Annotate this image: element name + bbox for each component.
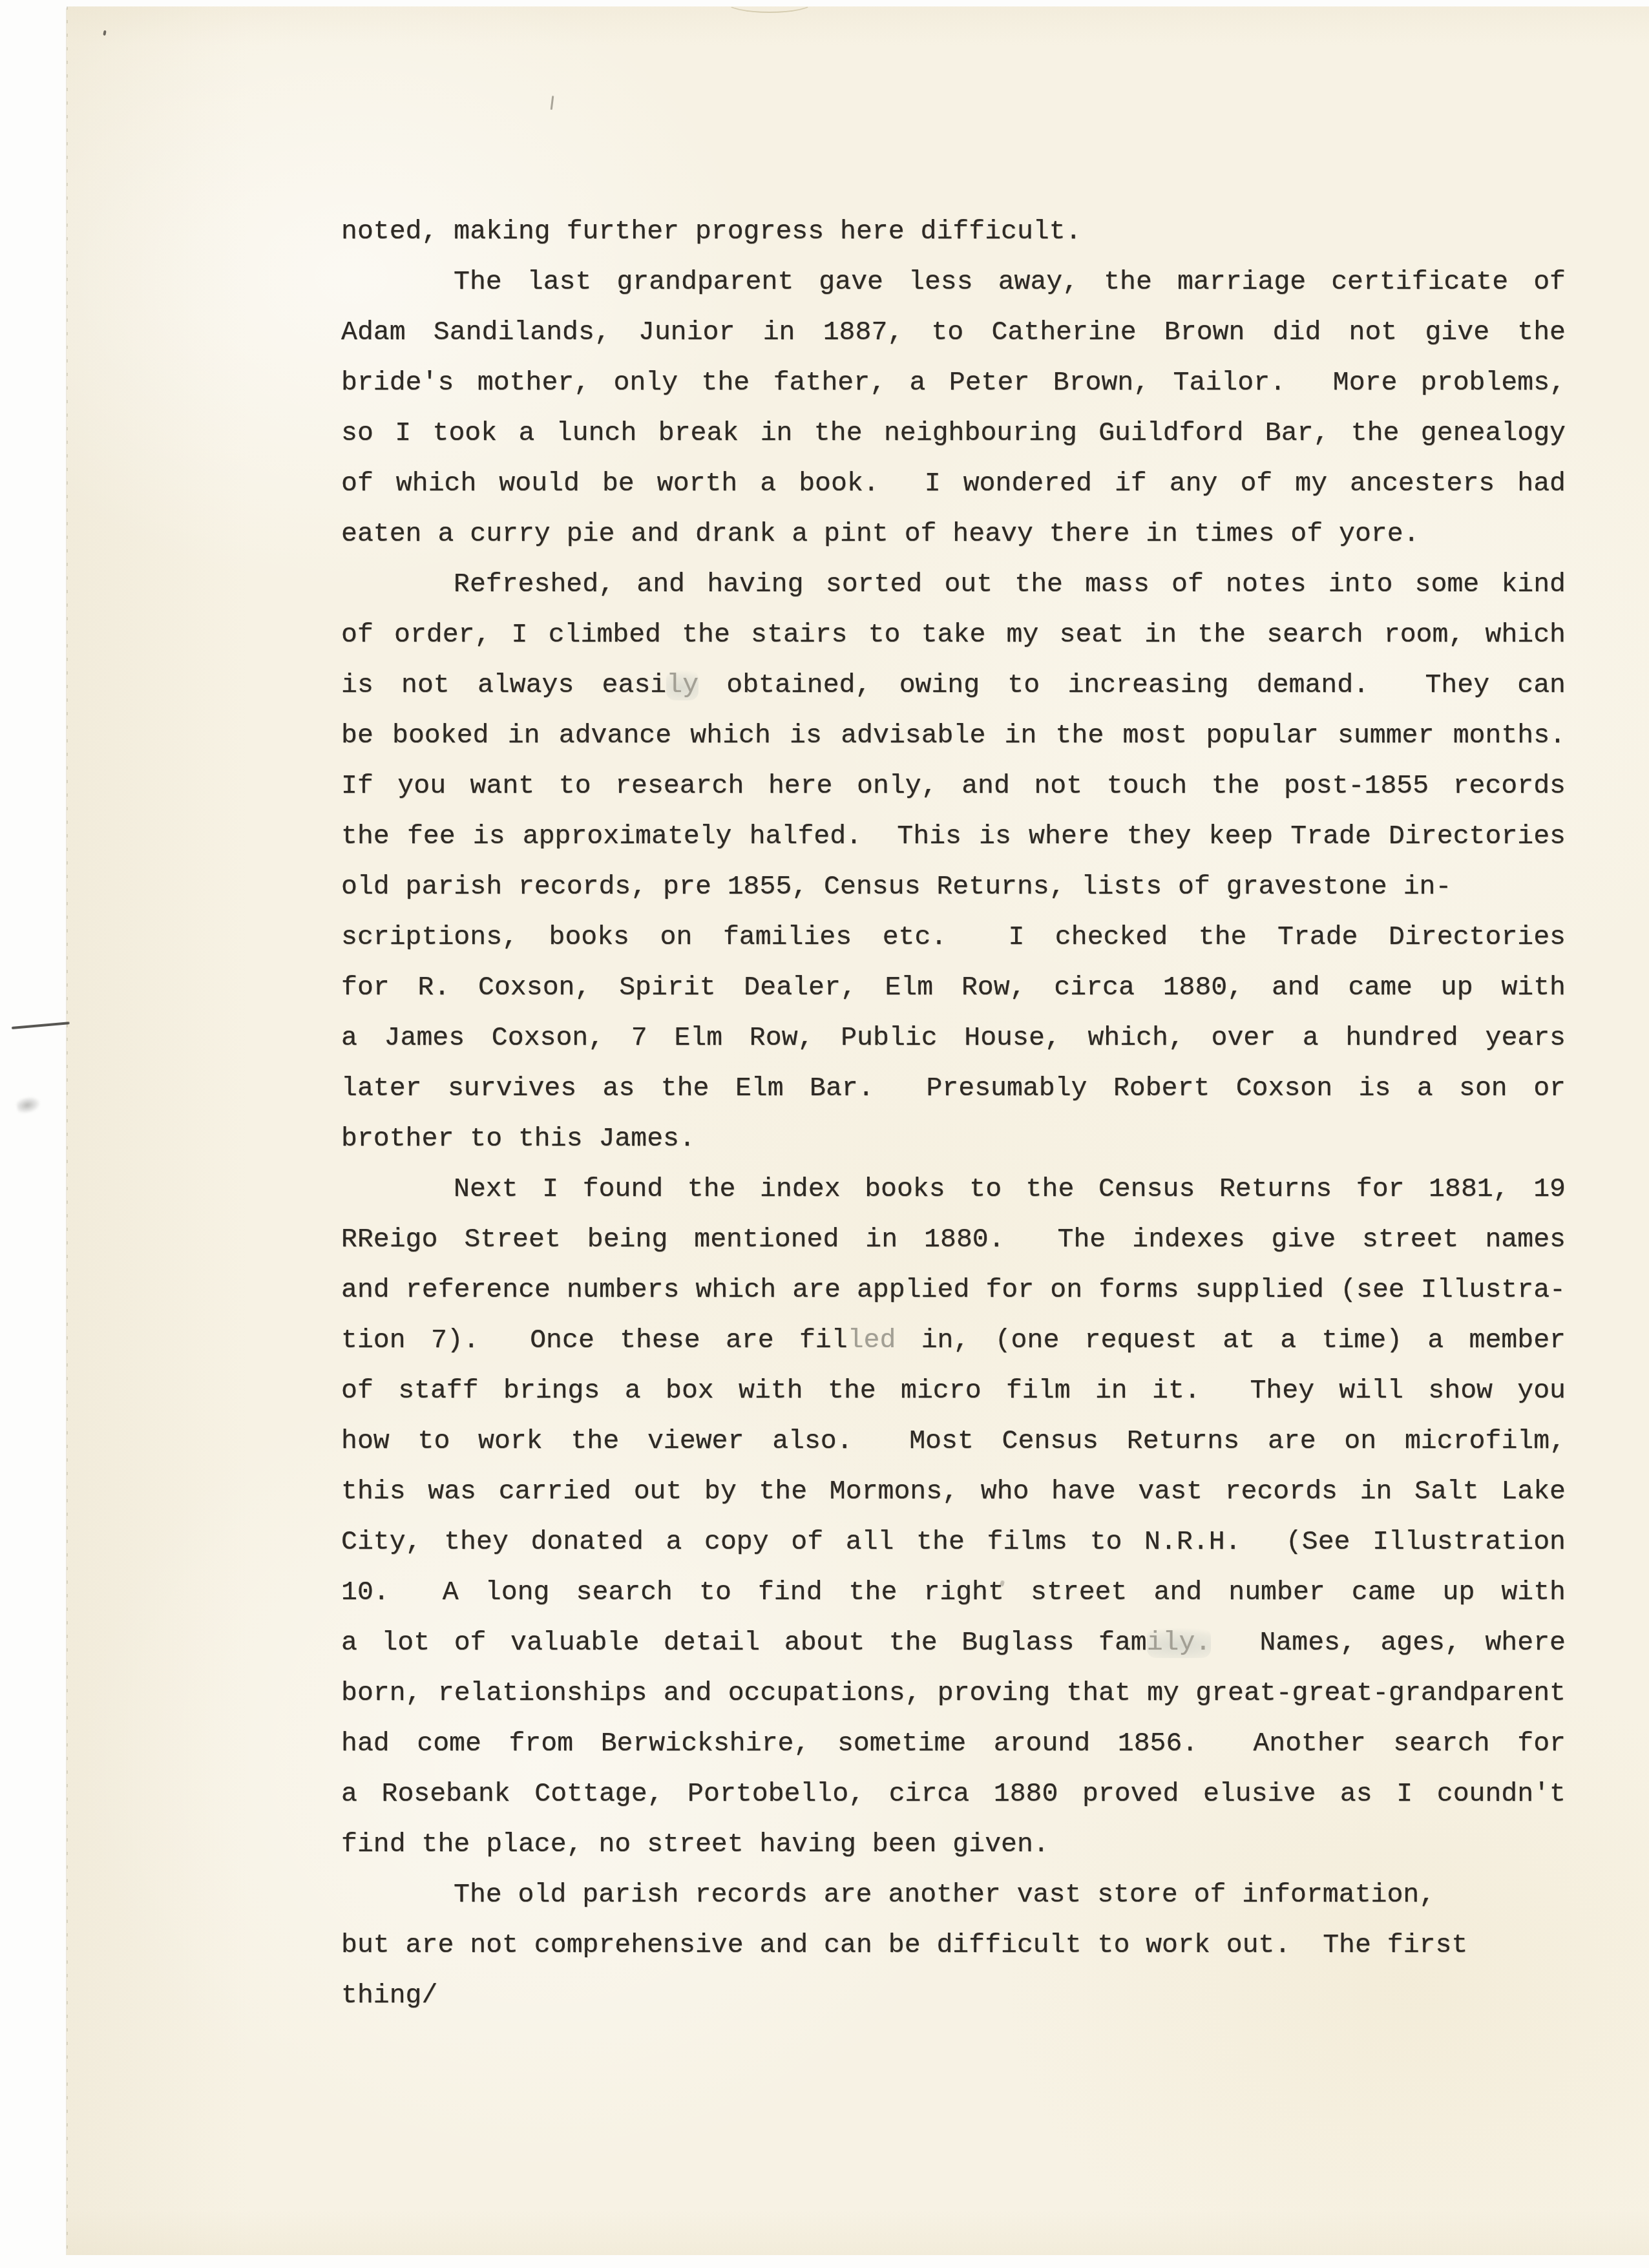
text-line-10: is not always easily obtained, owing to … bbox=[341, 660, 1566, 711]
text-line-21: RReigo Street being mentioned in 1880. T… bbox=[341, 1215, 1566, 1265]
typed-text: find the place, no street having been gi… bbox=[341, 1829, 1049, 1860]
typed-text: of which would be worth a book. I wonder… bbox=[341, 468, 1566, 499]
typed-text: in, (one request at a time) a member bbox=[896, 1325, 1566, 1356]
typed-text: tion 7). Once these are fil bbox=[341, 1325, 848, 1356]
typed-text: obtained, owing to increasing demand. Th… bbox=[698, 670, 1566, 700]
text-line-5: so I took a lunch break in the neighbour… bbox=[341, 408, 1566, 459]
typed-text: for R. Coxson, Spirit Dealer, Elm Row, c… bbox=[341, 972, 1566, 1003]
scan-page: noted, making further progress here diff… bbox=[0, 0, 1649, 2268]
text-line-31: had come from Berwickshire, sometime aro… bbox=[341, 1719, 1566, 1769]
text-line-8: Refreshed, and having sorted out the mas… bbox=[341, 560, 1566, 610]
text-line-26: this was carried out by the Mormons, who… bbox=[341, 1467, 1566, 1517]
text-line-9: of order, I climbed the stairs to take m… bbox=[341, 610, 1566, 660]
text-line-14: old parish records, pre 1855, Census Ret… bbox=[341, 862, 1566, 912]
typed-text: The last grandparent gave less away, the… bbox=[454, 267, 1566, 297]
text-line-15: scriptions, books on families etc. I che… bbox=[341, 912, 1566, 963]
typed-text: so I took a lunch break in the neighbour… bbox=[341, 418, 1566, 448]
typed-text: If you want to research here only, and n… bbox=[341, 771, 1566, 801]
text-line-11: be booked in advance which is advisable … bbox=[341, 711, 1566, 761]
typed-text: how to work the viewer also. Most Census… bbox=[341, 1426, 1566, 1456]
text-line-32: a Rosebank Cottage, Portobello, circa 18… bbox=[341, 1769, 1566, 1820]
text-line-3: Adam Sandilands, Junior in 1887, to Cath… bbox=[341, 308, 1566, 358]
text-line-25: how to work the viewer also. Most Census… bbox=[341, 1416, 1566, 1467]
text-line-24: of staff brings a box with the micro fil… bbox=[341, 1366, 1566, 1416]
typed-text: had come from Berwickshire, sometime aro… bbox=[341, 1728, 1566, 1759]
typed-text: and reference numbers which are applied … bbox=[341, 1275, 1566, 1305]
text-line-36: thing/ bbox=[341, 1971, 1566, 2021]
pen-mark bbox=[12, 1022, 70, 1029]
typed-text: Next I found the index books to the Cens… bbox=[454, 1174, 1566, 1204]
typed-text: noted, making further progress here diff… bbox=[341, 216, 1082, 247]
typed-text: a Rosebank Cottage, Portobello, circa 18… bbox=[341, 1779, 1566, 1809]
text-line-6: of which would be worth a book. I wonder… bbox=[341, 459, 1566, 509]
text-line-34: The old parish records are another vast … bbox=[341, 1870, 1566, 1920]
typed-text: a lot of valuable detail about the Bugla… bbox=[341, 1628, 1147, 1658]
typed-text: this was carried out by the Mormons, who… bbox=[341, 1476, 1566, 1507]
typed-text: eaten a curry pie and drank a pint of he… bbox=[341, 519, 1420, 549]
text-line-35: but are not comprehensive and can be dif… bbox=[341, 1920, 1566, 1971]
text-line-12: If you want to research here only, and n… bbox=[341, 761, 1566, 812]
text-line-22: and reference numbers which are applied … bbox=[341, 1265, 1566, 1316]
text-line-13: the fee is approximately halfed. This is… bbox=[341, 812, 1566, 862]
text-line-20: Next I found the index books to the Cens… bbox=[341, 1164, 1566, 1215]
typed-text: RReigo Street being mentioned in 1880. T… bbox=[341, 1224, 1566, 1255]
typed-text: bride's mother, only the father, a Peter… bbox=[341, 368, 1566, 398]
typed-text: but are not comprehensive and can be dif… bbox=[341, 1930, 1467, 1960]
paper-edge-line bbox=[67, 6, 68, 2255]
pencil-smudge bbox=[16, 1095, 41, 1115]
typed-text: later survives as the Elm Bar. Presumabl… bbox=[341, 1073, 1566, 1104]
text-line-33: find the place, no street having been gi… bbox=[341, 1820, 1566, 1870]
text-line-7: eaten a curry pie and drank a pint of he… bbox=[341, 509, 1566, 560]
text-line-16: for R. Coxson, Spirit Dealer, Elm Row, c… bbox=[341, 963, 1566, 1013]
text-line-4: bride's mother, only the father, a Peter… bbox=[341, 358, 1566, 408]
typed-text: of staff brings a box with the micro fil… bbox=[341, 1376, 1566, 1406]
text-line-23: tion 7). Once these are filled in, (one … bbox=[341, 1316, 1566, 1366]
typed-text: 10. A long search to find the right stre… bbox=[341, 1577, 1566, 1608]
text-line-19: brother to this James. bbox=[341, 1114, 1566, 1164]
corrected-text: led bbox=[848, 1325, 896, 1356]
typed-text: Refreshed, and having sorted out the mas… bbox=[454, 569, 1566, 600]
typed-text: of order, I climbed the stairs to take m… bbox=[341, 620, 1566, 650]
typed-text: scriptions, books on families etc. I che… bbox=[341, 922, 1566, 952]
typed-text: City, they donated a copy of all the fil… bbox=[341, 1527, 1566, 1557]
text-line-29: a lot of valuable detail about the Bugla… bbox=[341, 1618, 1566, 1668]
typed-text: Adam Sandilands, Junior in 1887, to Cath… bbox=[341, 317, 1566, 348]
text-line-2: The last grandparent gave less away, the… bbox=[341, 257, 1566, 308]
corrected-text: ly bbox=[666, 670, 698, 700]
typed-text: The old parish records are another vast … bbox=[454, 1880, 1435, 1910]
text-line-1: noted, making further progress here diff… bbox=[341, 207, 1566, 257]
typed-text: a James Coxson, 7 Elm Row, Public House,… bbox=[341, 1023, 1566, 1053]
typed-text: the fee is approximately halfed. This is… bbox=[341, 821, 1566, 852]
text-line-27: City, they donated a copy of all the fil… bbox=[341, 1517, 1566, 1568]
typed-text: born, relationships and occupations, pro… bbox=[341, 1678, 1566, 1708]
typed-text: old parish records, pre 1855, Census Ret… bbox=[341, 872, 1451, 902]
text-line-18: later survives as the Elm Bar. Presumabl… bbox=[341, 1064, 1566, 1114]
text-block: noted, making further progress here diff… bbox=[341, 207, 1566, 2021]
typed-text: is not always easi bbox=[341, 670, 666, 700]
corrected-text: ily. bbox=[1147, 1628, 1212, 1658]
text-line-28: 10. A long search to find the right stre… bbox=[341, 1568, 1566, 1618]
typed-text: Names, ages, where bbox=[1211, 1628, 1566, 1658]
text-line-30: born, relationships and occupations, pro… bbox=[341, 1668, 1566, 1719]
typed-text: thing/ bbox=[341, 1980, 437, 2011]
typed-text: brother to this James. bbox=[341, 1124, 695, 1154]
text-line-17: a James Coxson, 7 Elm Row, Public House,… bbox=[341, 1013, 1566, 1064]
typed-text: be booked in advance which is advisable … bbox=[341, 720, 1566, 751]
